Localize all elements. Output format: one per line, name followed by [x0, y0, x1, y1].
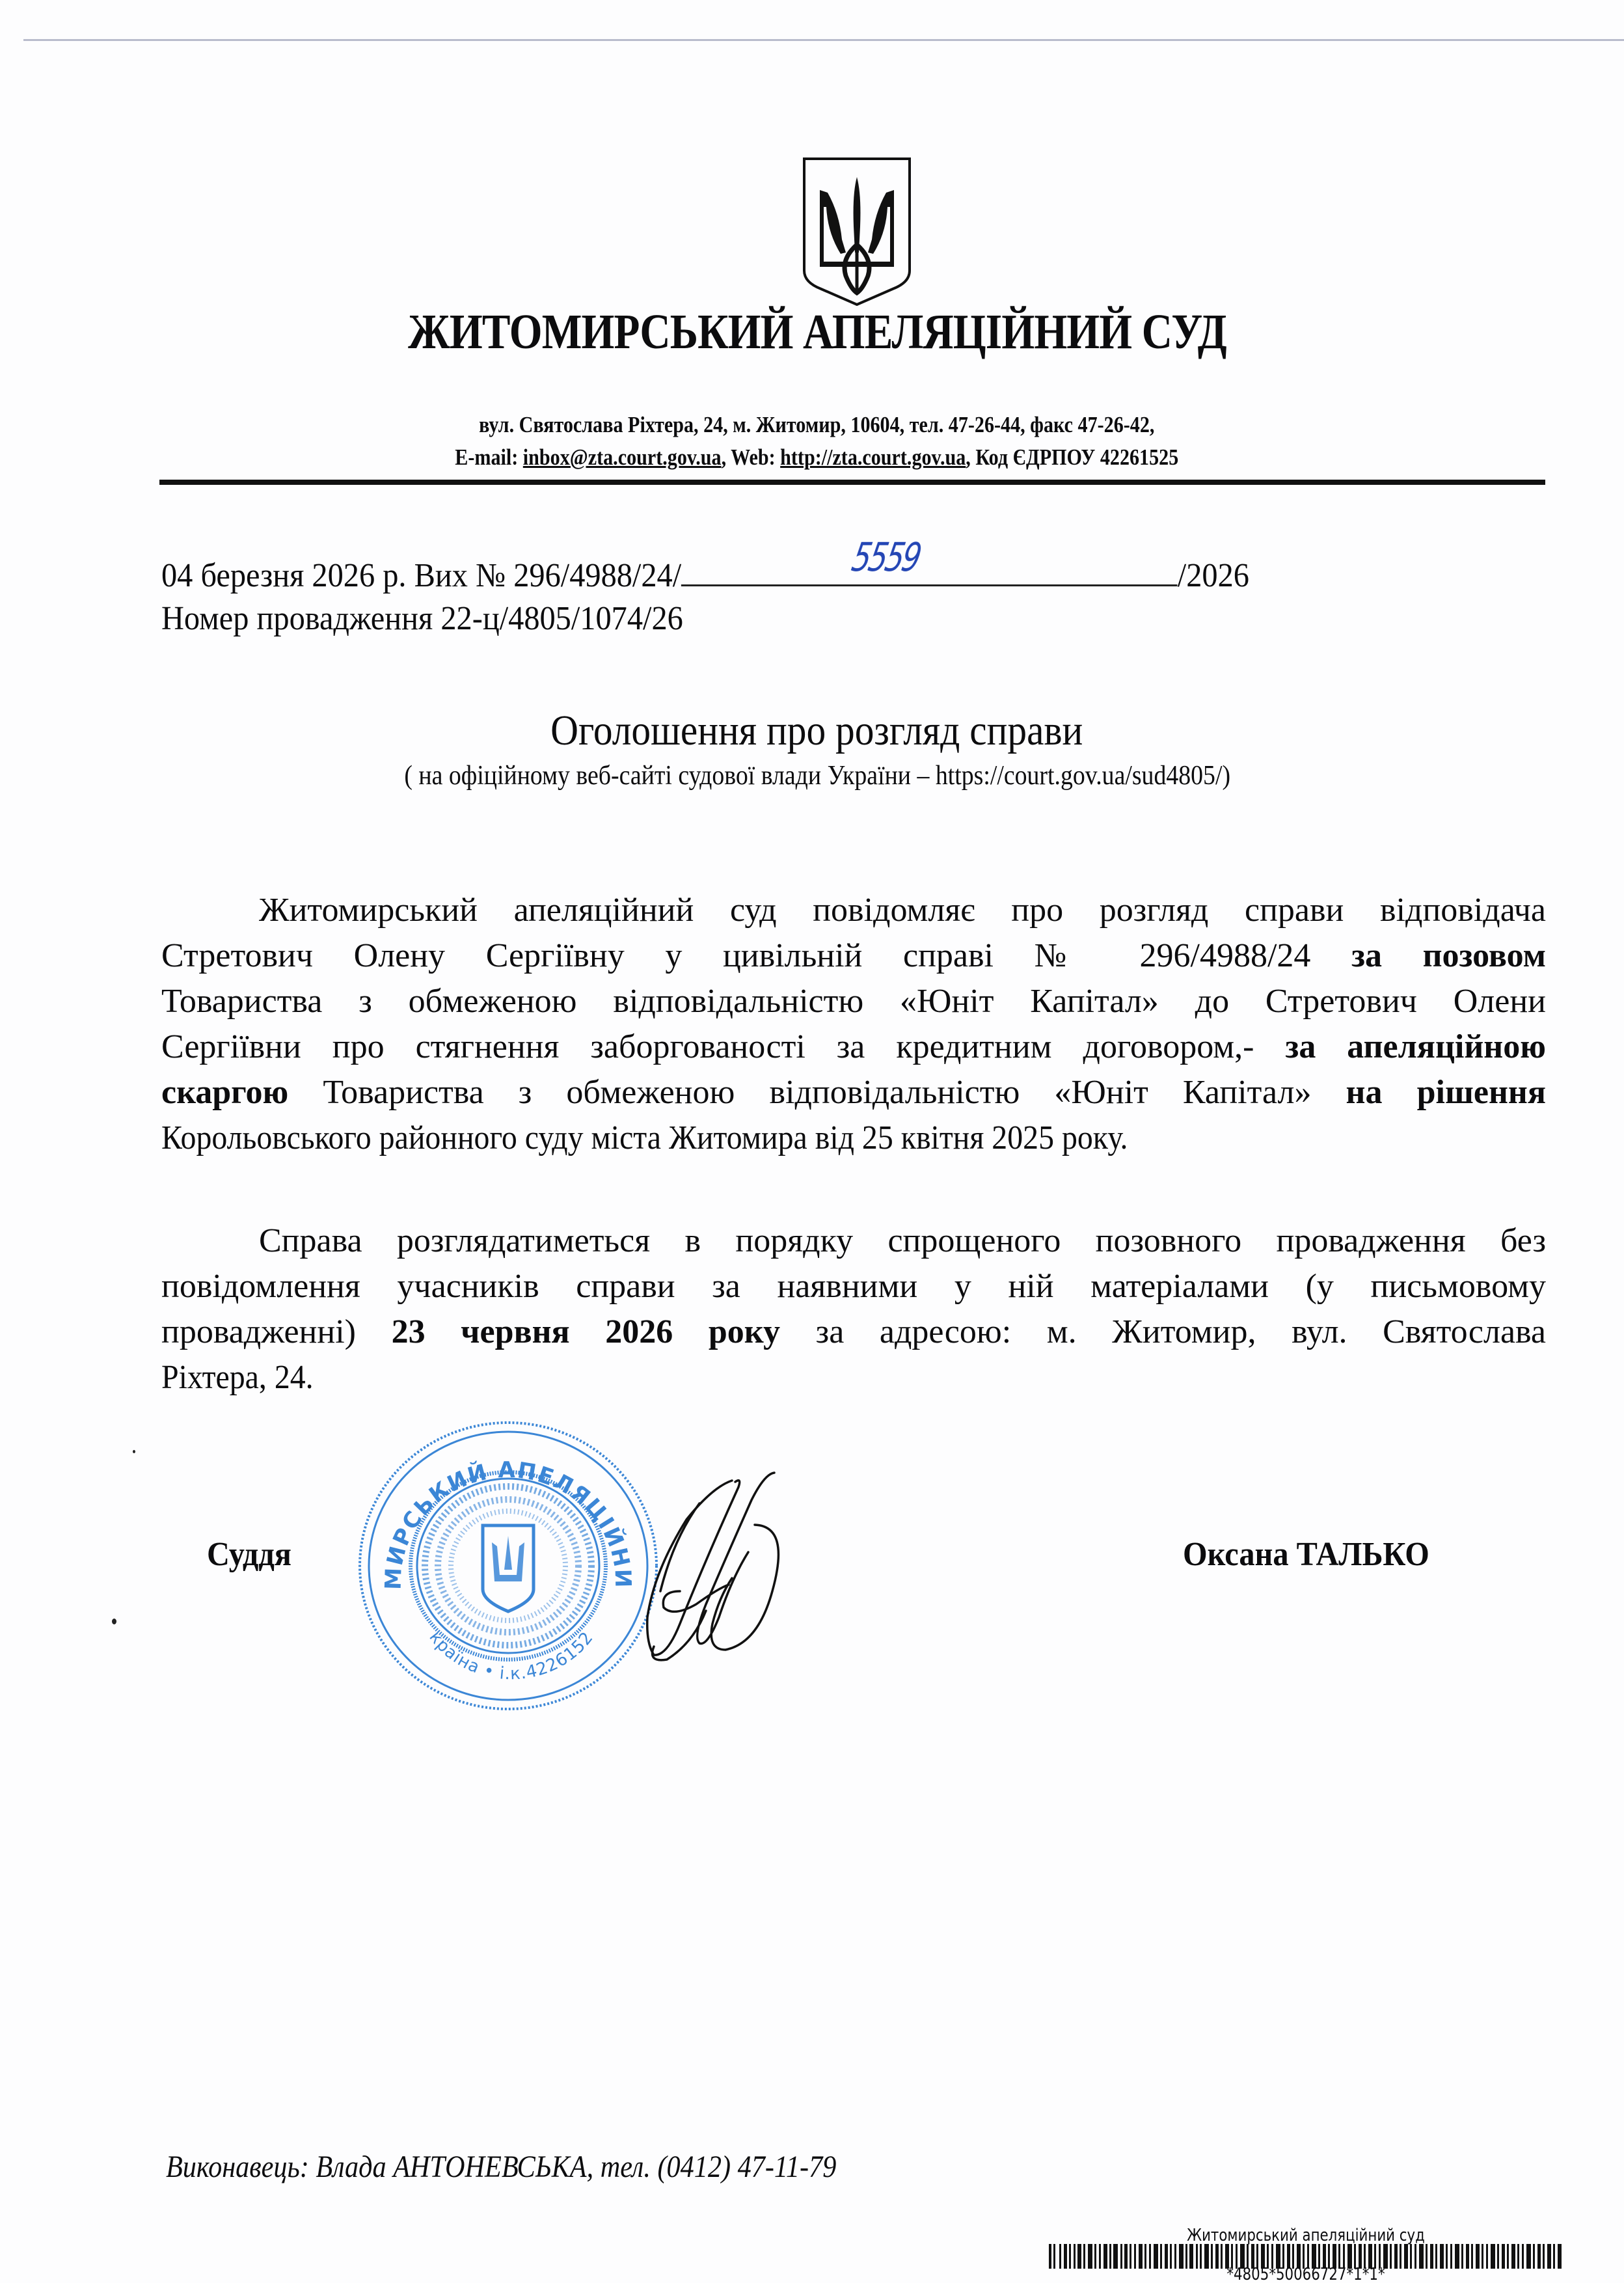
text-run: Житомирський апеляційний суд повідомляє …	[259, 892, 1546, 929]
paragraph-line: Сергіївни про стягнення заборгованості з…	[161, 1024, 1546, 1070]
court-seal-stamp-icon: ЖИТОМИРСЬКИЙ АПЕЛЯЦІЙНИЙ СУД Україна • і…	[355, 1419, 661, 1713]
text-run: Товариства з обмеженою відповідальністю …	[288, 1074, 1346, 1111]
reference-date-prefix: 04 березня 2026 р. Вих № 296/4988/24/	[161, 557, 681, 594]
paragraph-line: повідомлення учасників справи за наявним…	[161, 1264, 1546, 1309]
notice-paragraph-2: Справа розглядатиметься в порядку спроще…	[161, 1218, 1546, 1401]
text-run: Стретович Олену Сергіївну у цивільній сп…	[161, 937, 1351, 974]
paragraph-line: Ріхтера, 24.	[161, 1355, 1435, 1401]
email-link[interactable]: inbox@zta.court.gov.ua	[523, 444, 722, 470]
scan-speck	[112, 1619, 116, 1624]
text-run: за адресою: м. Житомир, вул. Святослава	[780, 1313, 1546, 1350]
hearing-date: 23 червня 2026 року	[392, 1313, 780, 1350]
web-link[interactable]: http://zta.court.gov.ua	[780, 444, 966, 470]
scan-speck	[133, 1450, 135, 1453]
paragraph-line: скаргою Товариства з обмеженою відповіда…	[161, 1070, 1546, 1115]
paragraph-line: Справа розглядатиметься в порядку спроще…	[161, 1218, 1546, 1264]
text-run: Ріхтера, 24.	[161, 1359, 314, 1396]
text-run: Товариства з обмеженою відповідальністю …	[161, 983, 1546, 1020]
text-run: провадженні)	[161, 1313, 392, 1350]
edrpou-code: , Код ЄДРПОУ 42261525	[966, 444, 1178, 470]
handwritten-reference-number: 5559	[848, 536, 923, 579]
reference-suffix: /2026	[1178, 557, 1249, 594]
scan-edge-line	[23, 39, 1624, 41]
text-run: повідомлення учасників справи за наявним…	[161, 1268, 1546, 1305]
notice-title: Оголошення про розгляд справи	[86, 703, 1547, 759]
bold-text-run: скаргою	[161, 1074, 288, 1111]
text-run: Корольовського районного суду міста Жито…	[161, 1119, 1128, 1156]
trident-coat-of-arms-icon	[802, 155, 912, 306]
paragraph-line: Товариства з обмеженою відповідальністю …	[161, 979, 1546, 1024]
proceeding-number: Номер провадження 22-ц/4805/1074/26	[161, 597, 683, 640]
paragraph-line: Стретович Олену Сергіївну у цивільній сп…	[161, 933, 1546, 979]
document-barcode: Житомирський апеляційний суд	[1049, 2213, 1563, 2283]
reference-number-field: 5559	[681, 556, 1178, 586]
court-name-heading: ЖИТОМИРСЬКИЙ АПЕЛЯЦІЙНИЙ СУД	[119, 299, 1516, 364]
executor-contact: Виконавець: Влада АНТОНЕВСЬКА, тел. (041…	[166, 2148, 836, 2187]
notice-paragraph-1: Житомирський апеляційний суд повідомляє …	[161, 888, 1546, 1161]
handwritten-signature-icon	[634, 1448, 791, 1682]
bold-text-run: на рішення	[1346, 1074, 1546, 1111]
text-run: Сергіївни про стягнення заборгованості з…	[161, 1028, 1285, 1065]
paragraph-line: Житомирський апеляційний суд повідомляє …	[161, 888, 1546, 933]
court-contacts: E-mail: inbox@zta.court.gov.ua, Web: htt…	[118, 441, 1515, 474]
notice-subtitle: ( на офіційному веб-сайті судової влади …	[87, 756, 1548, 795]
barcode-label: Житомирський апеляційний суд	[1095, 2227, 1517, 2244]
barcode-number: *4805*50066727*1*1*	[1095, 2266, 1517, 2283]
text-run: Справа розглядатиметься в порядку спроще…	[259, 1222, 1546, 1259]
letterhead-divider	[159, 480, 1545, 485]
paragraph-line: Корольовського районного суду міста Жито…	[161, 1115, 1435, 1161]
judge-name: Оксана ТАЛЬКО	[1183, 1532, 1429, 1578]
bold-text-run: за позовом	[1351, 937, 1546, 974]
paragraph-line: провадженні) 23 червня 2026 року за адре…	[161, 1309, 1546, 1355]
court-address: вул. Святослава Ріхтера, 24, м. Житомир,…	[118, 409, 1515, 441]
bold-text-run: за апеляційною	[1285, 1028, 1546, 1065]
email-label: E-mail:	[455, 444, 523, 470]
web-label: , Web:	[722, 444, 781, 470]
outgoing-reference: 04 березня 2026 р. Вих № 296/4988/24/555…	[161, 554, 1249, 597]
judge-role-label: Суддя	[207, 1532, 291, 1578]
